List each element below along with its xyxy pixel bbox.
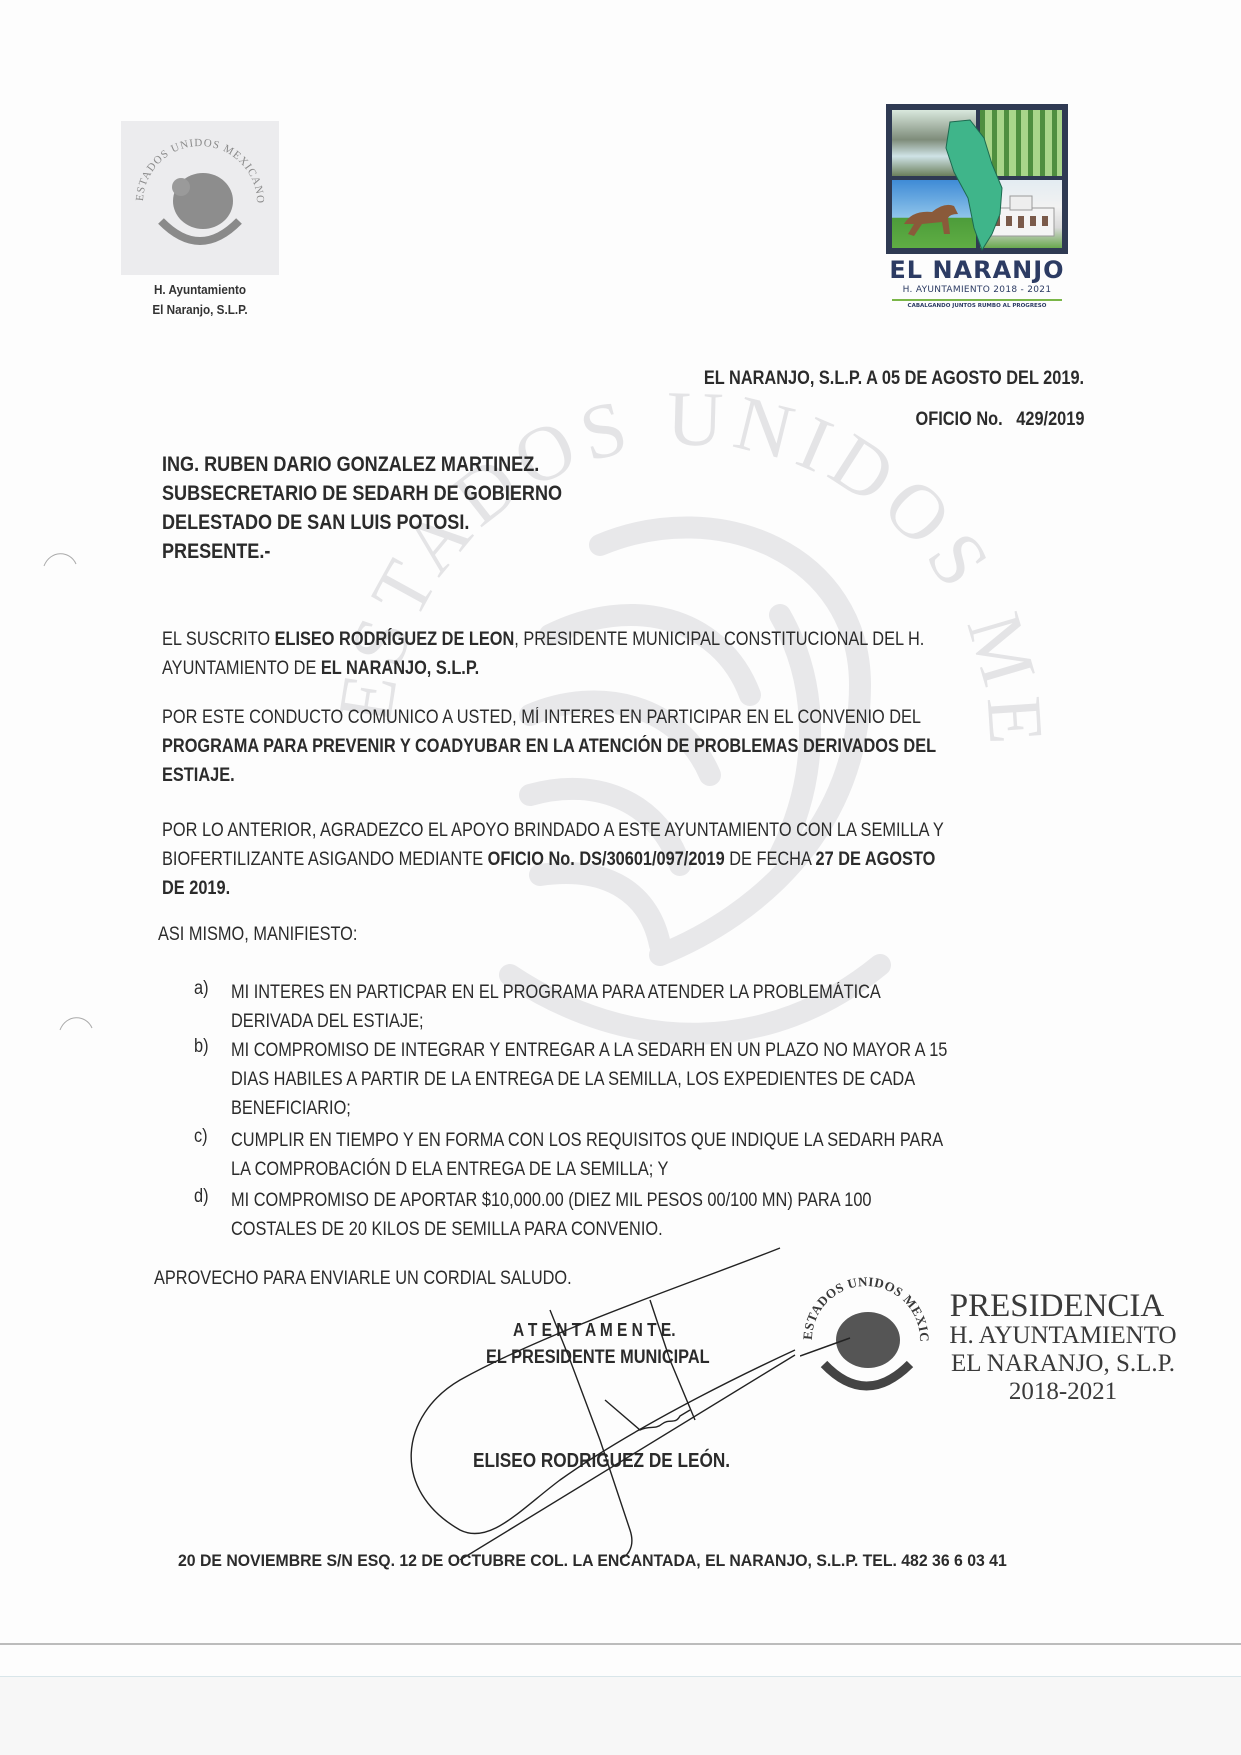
footer-address: 20 DE NOVIEMBRE S/N ESQ. 12 DE OCTUBRE C… — [178, 1551, 1007, 1571]
paragraph-1-line2: AYUNTAMIENTO DE EL NARANJO, S.L.P. — [162, 654, 924, 683]
handwritten-signature-icon — [400, 1240, 800, 1560]
logo-image-frame — [886, 104, 1068, 254]
text: AYUNTAMIENTO DE — [162, 658, 321, 679]
official-stamp-seal-icon: ESTADOS UNIDOS MEXICANOS — [800, 1268, 930, 1408]
recipient-block: ING. RUBEN DARIO GONZALEZ MARTINEZ. SUBS… — [162, 450, 627, 566]
item-c: CUMPLIR EN TIEMPO Y EN FORMA CON LOS REQ… — [231, 1126, 1059, 1184]
item-a: MI INTERES EN PARTICPAR EN EL PROGRAMA P… — [231, 978, 987, 1036]
text: BIOFERTILIZANTE ASIGANDO MEDIANTE — [162, 849, 488, 870]
recipient-entity: DELESTADO DE SAN LUIS POTOSI. — [162, 508, 562, 537]
recipient-title: SUBSECRETARIO DE SEDARH DE GOBIERNO — [162, 479, 562, 508]
paragraph-3-line2: BIOFERTILIZANTE ASIGANDO MEDIANTE OFICIO… — [162, 845, 944, 874]
item-b-letter: b) — [194, 1036, 209, 1058]
signer-name: ELISEO RODRÍGUEZ DE LEON — [275, 629, 515, 650]
scan-background — [0, 1677, 1241, 1755]
logo-divider — [892, 299, 1062, 301]
item-d: MI COMPROMISO DE APORTAR $10,000.00 (DIE… — [231, 1186, 976, 1244]
item-b: MI COMPROMISO DE INTEGRAR Y ENTREGAR A L… — [231, 1036, 1064, 1123]
recipient-name: ING. RUBEN DARIO GONZALEZ MARTINEZ. — [162, 450, 562, 479]
paragraph-1: EL SUSCRITO ELISEO RODRÍGUEZ DE LEON, PR… — [162, 625, 1048, 683]
stamp-line3: EL NARANJO, S.L.P. — [938, 1350, 1188, 1378]
program-name-line2: ESTIAJE. — [162, 761, 936, 790]
text: , PRESIDENTE MUNICIPAL CONSTITUCIONAL DE… — [514, 629, 924, 650]
program-name-line1: PROGRAMA PARA PREVENIR Y COADYUBAR EN LA… — [162, 732, 936, 761]
text: EL SUSCRITO — [162, 629, 275, 650]
logo-slogan: CABALGANDO JUNTOS RUMBO AL PROGRESO — [886, 303, 1068, 309]
manifiesto-heading: ASI MISMO, MANIFIESTO: — [158, 924, 357, 946]
paragraph-3-line3: DE 2019. — [162, 874, 944, 903]
item-a-line1: MI INTERES EN PARTICPAR EN EL PROGRAMA P… — [231, 978, 881, 1007]
reference-oficio: OFICIO No. DS/30601/097/2019 — [488, 849, 725, 870]
item-d-letter: d) — [194, 1186, 209, 1208]
paragraph-2: POR ESTE CONDUCTO COMUNICO A USTED, MÍ I… — [162, 703, 1062, 790]
scan-edge-line — [0, 1643, 1241, 1645]
logo-subtitle: H. AYUNTAMIENTO 2018 - 2021 — [886, 285, 1068, 295]
stamp-line4: 2018-2021 — [938, 1378, 1188, 1406]
item-c-line2: LA COMPROBACIÓN D ELA ENTREGA DE LA SEMI… — [231, 1155, 943, 1184]
paragraph-1-line1: EL SUSCRITO ELISEO RODRÍGUEZ DE LEON, PR… — [162, 625, 924, 654]
paragraph-2-line1: POR ESTE CONDUCTO COMUNICO A USTED, MÍ I… — [162, 703, 936, 732]
state-map-icon — [940, 118, 1010, 254]
left-caption-line2: El Naranjo, S.L.P. — [128, 300, 272, 320]
letter-page: ESTADOS UNIDOS MEXICANOS ESTADOS UNIDOS … — [0, 0, 1241, 1755]
item-a-letter: a) — [194, 978, 209, 1000]
left-caption-line1: H. Ayuntamiento — [128, 280, 272, 300]
item-b-line2: DIAS HABILES A PARTIR DE LA ENTREGA DE L… — [231, 1065, 947, 1094]
punch-hole-mark-icon — [56, 1012, 96, 1032]
logo-title: EL NARANJO — [886, 256, 1068, 284]
stamp-line1: PRESIDENCIA — [942, 1288, 1172, 1325]
paragraph-3-line1: POR LO ANTERIOR, AGRADEZCO EL APOYO BRIN… — [162, 816, 944, 845]
text: DE FECHA — [725, 849, 816, 870]
municipal-logo: EL NARANJO H. AYUNTAMIENTO 2018 - 2021 C… — [886, 104, 1068, 328]
eagle-seal-icon: ESTADOS UNIDOS MEXICANOS — [121, 121, 279, 275]
recipient-presente: PRESENTE.- — [162, 537, 562, 566]
item-b-line1: MI COMPROMISO DE INTEGRAR Y ENTREGAR A L… — [231, 1036, 947, 1065]
national-seal-image: ESTADOS UNIDOS MEXICANOS — [121, 121, 279, 275]
oficio-number: 429/2019 — [1016, 409, 1084, 430]
reference-date: 27 DE AGOSTO — [815, 849, 935, 870]
stamp-line2: H. AYUNTAMIENTO — [938, 1322, 1188, 1350]
item-d-line1: MI COMPROMISO DE APORTAR $10,000.00 (DIE… — [231, 1186, 872, 1215]
left-caption: H. Ayuntamiento El Naranjo, S.L.P. — [128, 280, 272, 320]
item-b-line3: BENEFICIARIO; — [231, 1094, 947, 1123]
item-a-line2: DERIVADA DEL ESTIAJE; — [231, 1007, 881, 1036]
municipality-name: EL NARANJO, S.L.P. — [321, 658, 479, 679]
oficio-line: OFICIO No. 429/2019 — [915, 409, 1084, 431]
item-c-line1: CUMPLIR EN TIEMPO Y EN FORMA CON LOS REQ… — [231, 1126, 943, 1155]
place-date: EL NARANJO, S.L.P. A 05 DE AGOSTO DEL 20… — [704, 368, 1084, 390]
oficio-label: OFICIO No. — [915, 409, 1002, 430]
paragraph-3: POR LO ANTERIOR, AGRADEZCO EL APOYO BRIN… — [162, 816, 1071, 903]
item-c-letter: c) — [194, 1126, 208, 1148]
punch-hole-mark-icon — [40, 548, 80, 568]
